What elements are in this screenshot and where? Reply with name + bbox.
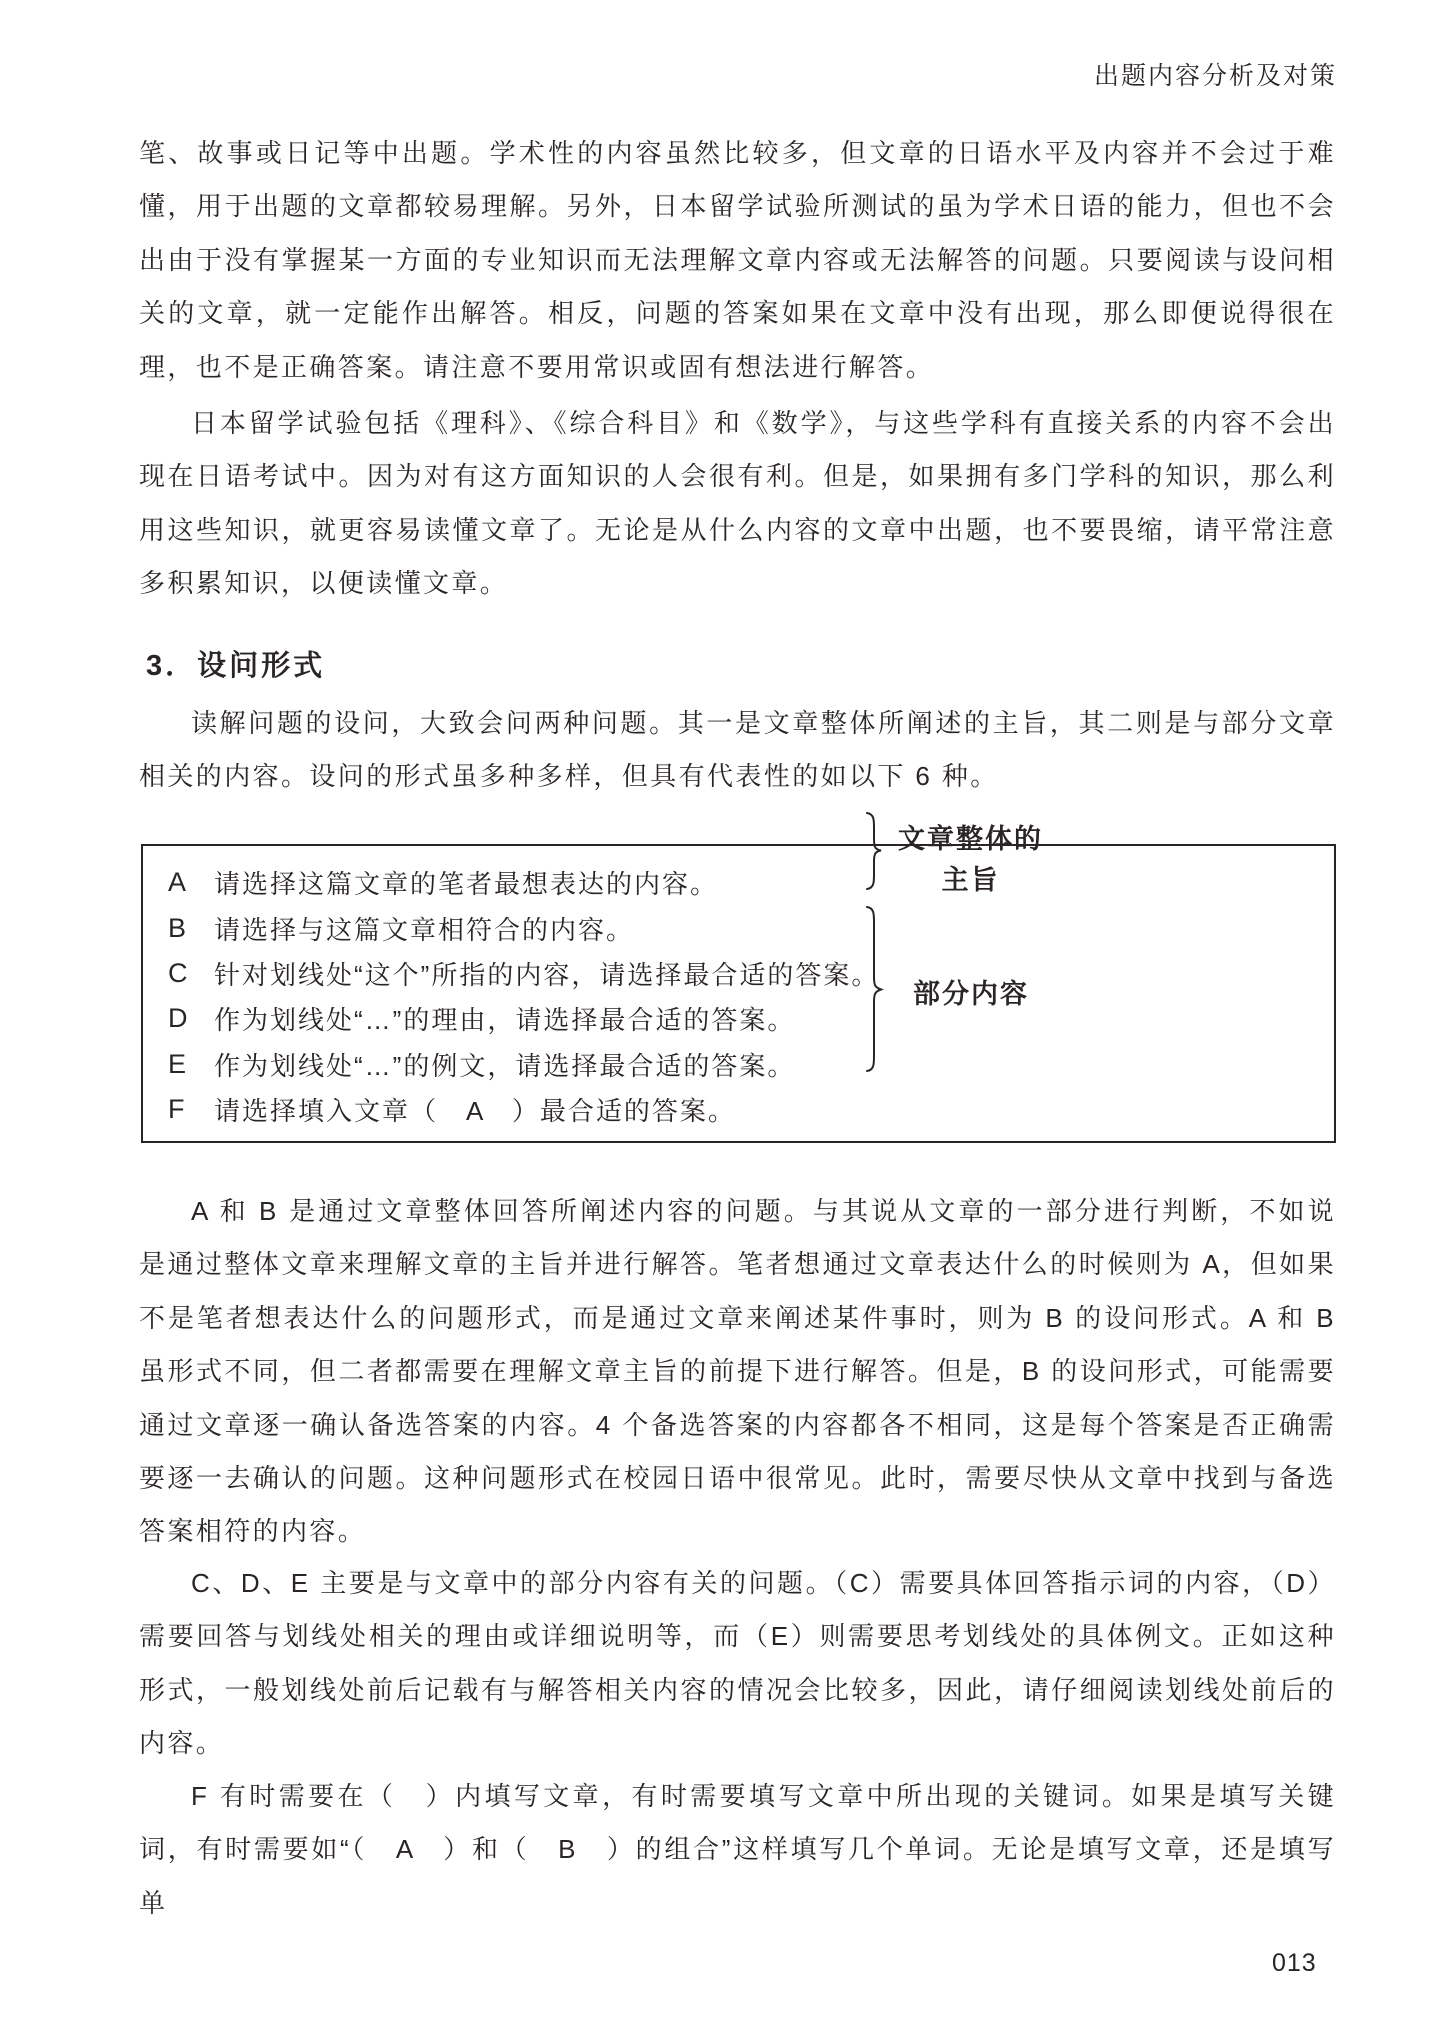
question-type-row: E 作为划线处“…”的例文，请选择最合适的答案。 bbox=[143, 1042, 1334, 1087]
paragraph-sources-continued: 笔、故事或日记等中出题。学术性的内容虽然比较多，但文章的日语水平及内容并不会过于… bbox=[139, 127, 1336, 394]
question-type-row: B 请选择与这篇文章相符合的内容。 bbox=[143, 905, 1334, 950]
annotation-whole-article-line2: 主旨 bbox=[898, 860, 1043, 901]
question-type-text: 请选择这篇文章的笔者最想表达的内容。 bbox=[214, 864, 718, 901]
question-type-text: 作为划线处“…”的理由，请选择最合适的答案。 bbox=[214, 1000, 795, 1037]
question-type-letter: F bbox=[168, 1094, 214, 1125]
question-type-text: 针对划线处“这个”所指的内容，请选择最合适的答案。 bbox=[214, 955, 879, 992]
question-type-letter: B bbox=[168, 913, 214, 944]
page-number: 013 bbox=[1272, 1949, 1317, 1978]
book-page: 出题内容分析及对策 笔、故事或日记等中出题。学术性的内容虽然比较多，但文章的日语… bbox=[0, 0, 1434, 2032]
paragraph-types-a-b: A 和 B 是通过文章整体回答所阐述内容的问题。与其说从文章的一部分进行判断，不… bbox=[139, 1185, 1336, 1559]
paragraph-types-c-d-e: C、D、E 主要是与文章中的部分内容有关的问题。（C）需要具体回答指示词的内容，… bbox=[139, 1557, 1336, 1771]
paragraph-question-types-intro: 读解问题的设问，大致会问两种问题。其一是文章整体所阐述的主旨，其二则是与部分文章… bbox=[139, 697, 1336, 804]
paragraph-eju-subjects: 日本留学试验包括《理科》、《综合科目》和《数学》，与这些学科有直接关系的内容不会… bbox=[139, 397, 1336, 611]
annotation-whole-article-line1: 文章整体的 bbox=[898, 819, 1043, 860]
question-type-letter: D bbox=[168, 1003, 214, 1034]
question-types-box: A 请选择这篇文章的笔者最想表达的内容。 B 请选择与这篇文章相符合的内容。 C… bbox=[141, 844, 1336, 1143]
question-type-letter: A bbox=[168, 867, 214, 898]
question-type-text: 作为划线处“…”的例文，请选择最合适的答案。 bbox=[214, 1046, 795, 1083]
curly-brace-partial-content bbox=[864, 906, 884, 1073]
annotation-whole-article: 文章整体的 主旨 bbox=[898, 819, 1043, 901]
section-heading: 3．设问形式 bbox=[146, 643, 325, 684]
question-type-text: 请选择与这篇文章相符合的内容。 bbox=[214, 910, 634, 947]
question-type-row: C 针对划线处“这个”所指的内容，请选择最合适的答案。 bbox=[143, 951, 1334, 996]
running-header: 出题内容分析及对策 bbox=[0, 56, 1337, 92]
question-type-letter: C bbox=[168, 958, 214, 989]
question-type-row: A 请选择这篇文章的笔者最想表达的内容。 bbox=[143, 860, 1334, 905]
annotation-partial-content: 部分内容 bbox=[913, 972, 1029, 1011]
paragraph-type-f: F 有时需要在（ ）内填写文章，有时需要填写文章中所出现的关键词。如果是填写关键… bbox=[139, 1770, 1336, 1930]
question-type-row: D 作为划线处“…”的理由，请选择最合适的答案。 bbox=[143, 996, 1334, 1041]
question-type-letter: E bbox=[168, 1049, 214, 1080]
question-type-text: 请选择填入文章（ A ）最合适的答案。 bbox=[214, 1091, 736, 1128]
curly-brace-whole-article bbox=[864, 812, 884, 891]
question-type-row: F 请选择填入文章（ A ）最合适的答案。 bbox=[143, 1087, 1334, 1132]
